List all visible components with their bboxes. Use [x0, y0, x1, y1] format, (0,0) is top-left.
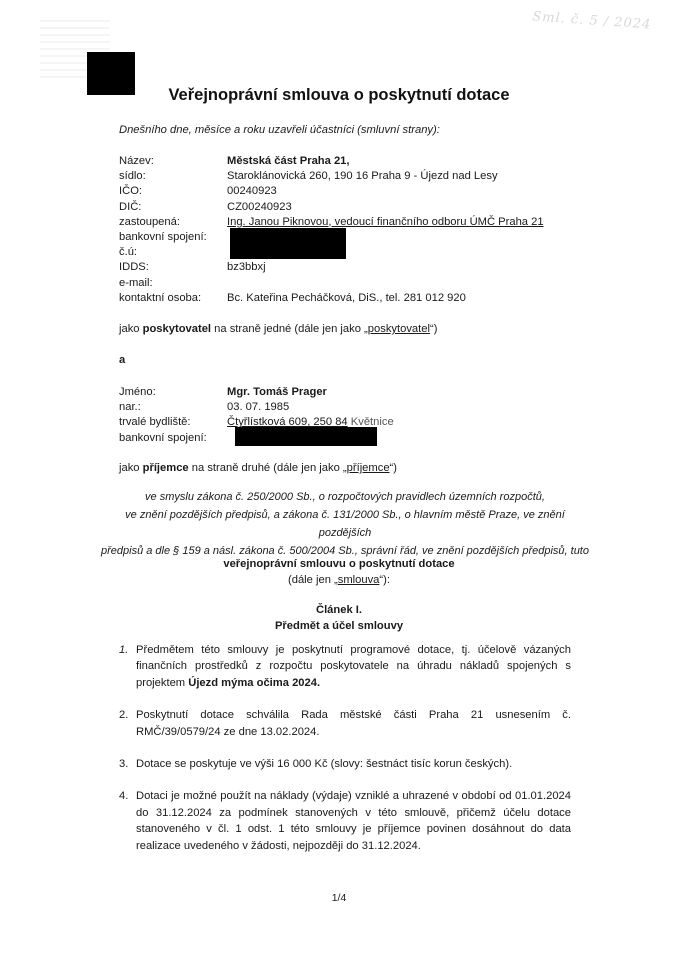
text: (dále jen „ [288, 574, 338, 586]
legal-basis: ve smyslu zákona č. 250/2000 Sb., o rozp… [100, 488, 590, 560]
field-value: Městská část Praha 21, [227, 154, 350, 169]
text: na straně jedné (dále jen jako „ [211, 323, 368, 335]
provider-row-idds: IDDS: bz3bbxj [119, 260, 579, 275]
text: “) [430, 323, 437, 335]
clause-number: 2. [119, 707, 128, 723]
provider-row-name: Název: Městská část Praha 21, [119, 154, 579, 169]
clause-text: Dotace se poskytuje ve výši 16 000 Kč (s… [136, 758, 512, 770]
document-title: Veřejnoprávní smlouva o poskytnutí dotac… [0, 86, 678, 105]
field-value: Staroklánovická 260, 190 16 Praha 9 - Új… [227, 169, 498, 184]
redaction-block [235, 427, 377, 446]
defined-term: smlouva [338, 574, 380, 586]
provider-row-email: e-mail: [119, 276, 579, 291]
provider-row-account: č.ú: [119, 245, 579, 260]
page-number: 1/4 [0, 892, 678, 904]
clause-number: 4. [119, 788, 128, 804]
field-label: sídlo: [119, 169, 146, 184]
field-value: CZ00240923 [227, 200, 292, 215]
contract-heading: veřejnoprávní smlouvu o poskytnutí dotac… [0, 556, 678, 572]
conjunction: a [119, 354, 125, 366]
handwritten-note: Sml. č. 5 / 2024 [531, 9, 667, 38]
defined-term: příjemce [347, 462, 390, 474]
defined-term: poskytovatel [368, 323, 430, 335]
recipient-role-line: jako příjemce na straně druhé (dále jen … [119, 462, 397, 474]
provider-role-line: jako poskytovatel na straně jedné (dále … [119, 323, 437, 335]
field-value: Mgr. Tomáš Prager [227, 385, 327, 400]
field-label: bankovní spojení: [119, 230, 207, 245]
clause: 1. Předmětem této smlouvy je poskytnutí … [119, 642, 571, 691]
provider-row-seat: sídlo: Staroklánovická 260, 190 16 Praha… [119, 169, 579, 184]
clause-text: Dotaci je možné použít na náklady (výdaj… [136, 790, 571, 851]
clause: 3. Dotace se poskytuje ve výši 16 000 Kč… [119, 756, 571, 772]
field-label: zastoupená: [119, 215, 180, 230]
text: “) [390, 462, 397, 474]
role-term: příjemce [143, 462, 189, 474]
field-value: 00240923 [227, 184, 277, 199]
clause-number: 3. [119, 756, 128, 772]
field-label: e-mail: [119, 276, 153, 291]
provider-details: Název: Městská část Praha 21, sídlo: Sta… [119, 154, 579, 306]
intro-text: Dnešního dne, měsíce a roku uzavřeli úča… [119, 124, 440, 136]
contract-short-name: (dále jen „smlouva“): [0, 572, 678, 588]
article-number: Článek I. [0, 602, 678, 618]
legal-line: ve smyslu zákona č. 250/2000 Sb., o rozp… [100, 488, 590, 506]
text: jako [119, 462, 143, 474]
field-value: bz3bbxj [227, 260, 266, 275]
clause-number: 1. [119, 642, 128, 658]
field-label: DIČ: [119, 200, 141, 215]
provider-row-representative: zastoupená: Ing. Janou Piknovou, vedoucí… [119, 215, 579, 230]
role-term: poskytovatel [143, 323, 211, 335]
recipient-row-birth: nar.: 03. 07. 1985 [119, 400, 579, 415]
redaction-block [230, 228, 346, 259]
provider-row-bank: bankovní spojení: [119, 230, 579, 245]
field-label: Jméno: [119, 385, 156, 400]
text: “): [379, 574, 390, 586]
clause: 4. Dotaci je možné použít na náklady (vý… [119, 788, 571, 854]
legal-line: ve znění pozdějších předpisů, a zákona č… [100, 506, 590, 542]
field-value: 03. 07. 1985 [227, 400, 289, 415]
field-label: nar.: [119, 400, 141, 415]
document-page: Sml. č. 5 / 2024 Veřejnoprávní smlouva o… [0, 0, 678, 960]
clause: 2. Poskytnutí dotace schválila Rada měst… [119, 707, 571, 740]
field-label: kontaktní osoba: [119, 291, 201, 306]
project-name: Újezd mýma očima 2024. [188, 677, 320, 689]
clause-text: Poskytnutí dotace schválila Rada městské… [136, 709, 571, 737]
field-label: bankovní spojení: [119, 431, 207, 446]
provider-row-dic: DIČ: CZ00240923 [119, 200, 579, 215]
article-clauses: 1. Předmětem této smlouvy je poskytnutí … [119, 642, 571, 870]
field-value: Bc. Kateřina Pecháčková, DiS., tel. 281 … [227, 291, 466, 306]
field-label: č.ú: [119, 245, 137, 260]
recipient-row-name: Jméno: Mgr. Tomáš Prager [119, 385, 579, 400]
field-label: IDDS: [119, 260, 149, 275]
text: na straně druhé (dále jen jako „ [189, 462, 347, 474]
field-label: trvalé bydliště: [119, 415, 191, 430]
field-label: IČO: [119, 184, 142, 199]
field-label: Název: [119, 154, 154, 169]
text: jako [119, 323, 143, 335]
provider-row-contact: kontaktní osoba: Bc. Kateřina Pecháčková… [119, 291, 579, 306]
article-title: Předmět a účel smlouvy [0, 618, 678, 634]
provider-row-ico: IČO: 00240923 [119, 184, 579, 199]
